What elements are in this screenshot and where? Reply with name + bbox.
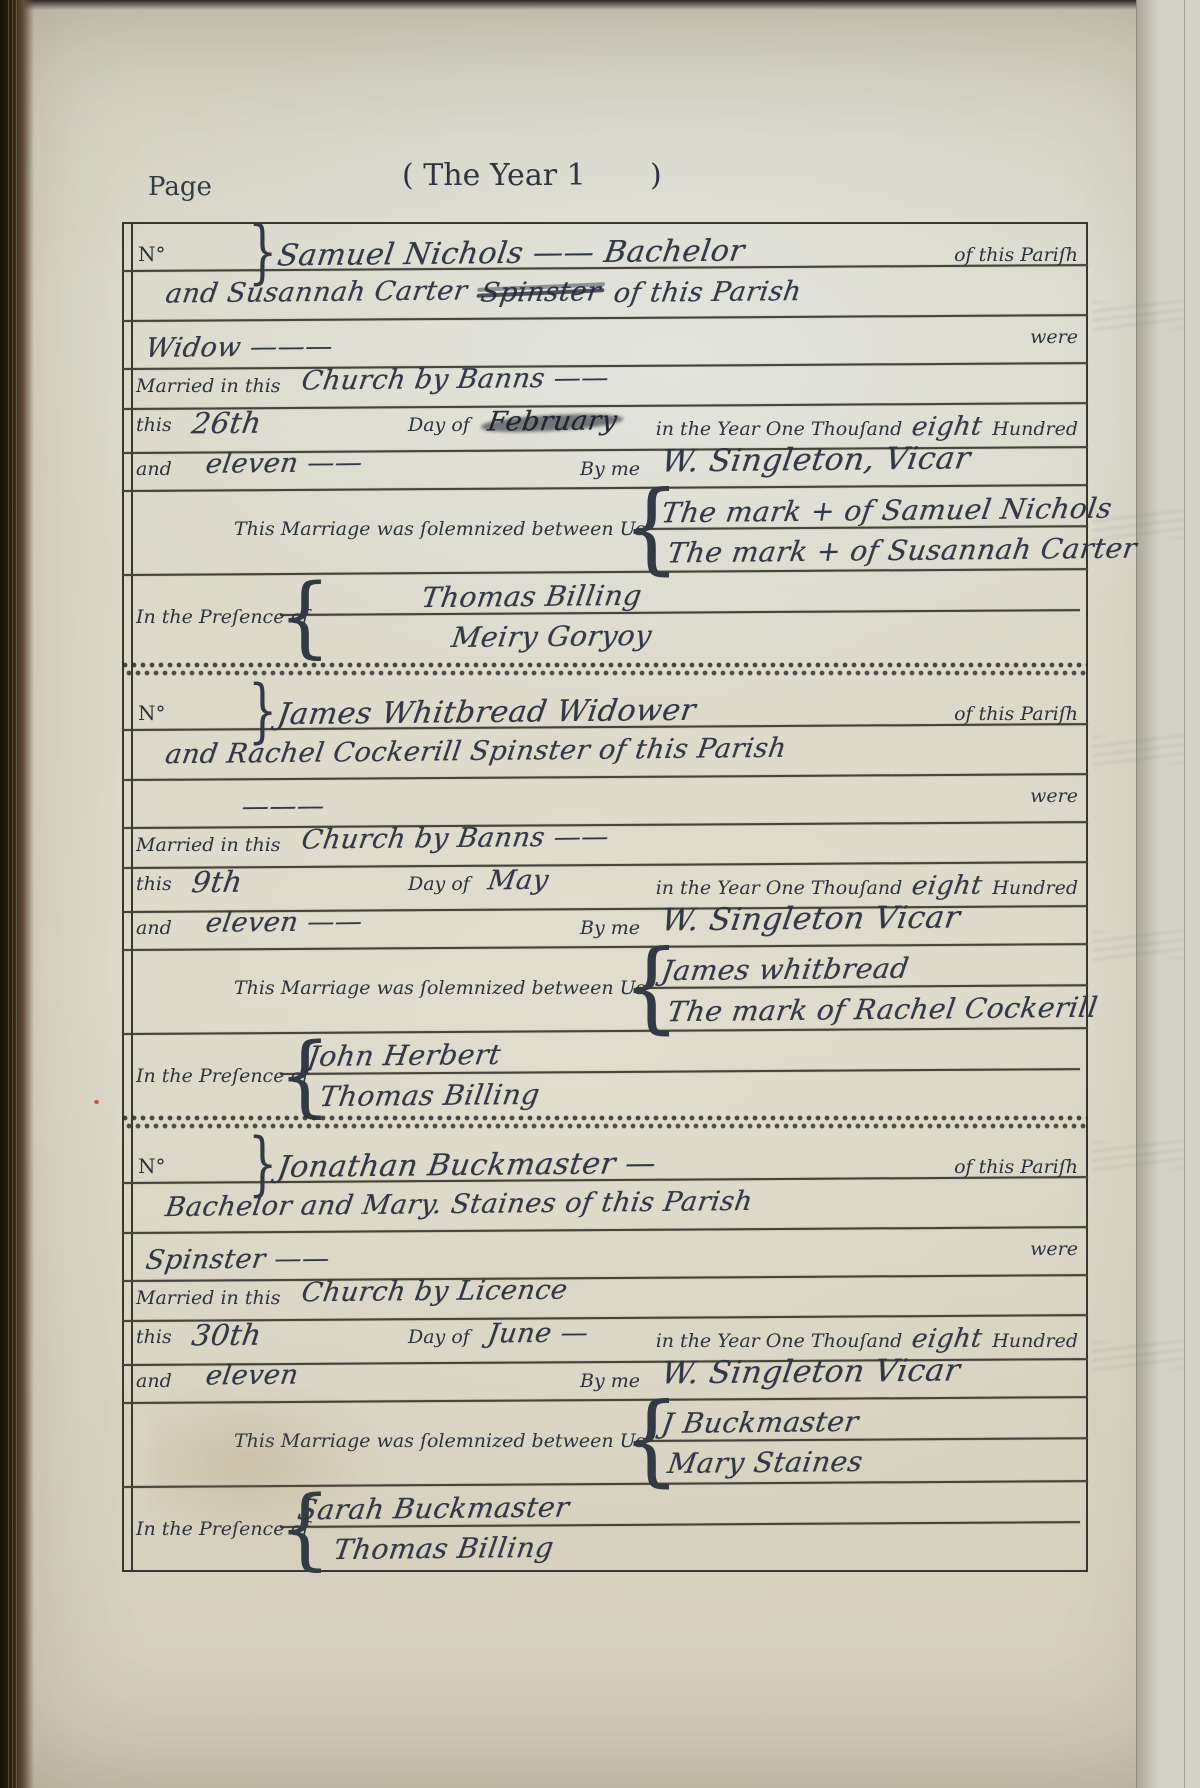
officiant-signature: W. Singleton Vicar bbox=[659, 1352, 963, 1391]
next-page-edge bbox=[1136, 0, 1200, 1788]
ruled-line bbox=[122, 568, 1088, 576]
witness-1-signature: Thomas Billing bbox=[419, 579, 644, 614]
book-top-edge bbox=[0, 0, 1200, 10]
solemnized-label: This Marriage was ſolemnized between Us bbox=[234, 518, 645, 540]
status-script: Widow ——— bbox=[144, 331, 336, 364]
ruled-line bbox=[122, 1027, 1088, 1035]
parish-label: of this Pariſh bbox=[954, 703, 1078, 725]
ink-bleed-through bbox=[1092, 928, 1185, 961]
ruled-line bbox=[122, 861, 1088, 869]
ink-bleed-through bbox=[1092, 1138, 1185, 1171]
brace: } bbox=[248, 217, 277, 286]
witness-2-signature: Meiry Goryoy bbox=[449, 619, 654, 654]
ink-bleed-through bbox=[1092, 298, 1185, 331]
eleven-script: eleven —— bbox=[204, 906, 365, 939]
officiant-signature: W. Singleton Vicar bbox=[659, 899, 963, 938]
groom-name-script: Samuel Nichols —— Bachelor bbox=[275, 234, 747, 274]
and-label: and bbox=[136, 1370, 172, 1392]
status-script: ——— bbox=[240, 791, 327, 823]
paper-stain bbox=[150, 1392, 390, 1552]
groom-signature: The mark + of Samuel Nichols bbox=[659, 492, 1114, 530]
church-by-script: Church by Banns —— bbox=[299, 821, 611, 855]
parish-script: of this Parish bbox=[612, 276, 804, 309]
were-label: were bbox=[1030, 785, 1078, 807]
bride-line: and Rachel Cockerill Spinster of this Pa… bbox=[166, 736, 786, 767]
this-label: this bbox=[136, 873, 172, 895]
and-label: and bbox=[136, 458, 172, 480]
bride-signature: The mark + of Susannah Carter bbox=[665, 532, 1139, 570]
eight-script: eight bbox=[910, 412, 985, 443]
month-script-struck: February bbox=[486, 405, 620, 437]
and-label: and bbox=[136, 917, 172, 939]
ink-bleed-through bbox=[1092, 733, 1185, 766]
entry-number-label: N° bbox=[138, 701, 166, 725]
officiant-signature: W. Singleton, Vicar bbox=[659, 440, 973, 479]
ruled-line bbox=[122, 1226, 1088, 1234]
witness-1-signature: John Herbert bbox=[305, 1038, 503, 1073]
eleven-script: eleven bbox=[204, 1360, 301, 1392]
marriage-entry-1: N° } Samuel Nichols —— Bachelor of this … bbox=[122, 222, 1088, 660]
entry-number-label: N° bbox=[138, 1154, 166, 1178]
were-label: were bbox=[1030, 326, 1078, 348]
year-title-close-paren: ) bbox=[650, 158, 662, 193]
groom-signature: J Buckmaster bbox=[659, 1405, 860, 1440]
year-line: in the Year One Thouſand eight Hundred bbox=[656, 1324, 1078, 1354]
parish-label: of this Pariſh bbox=[954, 1156, 1078, 1178]
ruled-line bbox=[122, 314, 1088, 322]
day-script: 9th bbox=[189, 865, 244, 900]
bride-name-script: Bachelor and Mary. Staines of this Paris… bbox=[163, 1186, 755, 1223]
married-in-this-label: Married in this bbox=[136, 834, 281, 856]
ink-bleed-through bbox=[1092, 1338, 1185, 1371]
ruled-line bbox=[280, 609, 1080, 616]
groom-name-script: Jonathan Buckmaster — bbox=[275, 1146, 658, 1185]
month-script: May bbox=[486, 865, 551, 897]
day-of-label: Day of bbox=[408, 873, 470, 895]
hundred-label: Hundred bbox=[992, 418, 1078, 440]
year-line: in the Year One Thouſand eight Hundred bbox=[656, 871, 1078, 901]
day-of-label: Day of bbox=[408, 1326, 470, 1348]
bride-name-script: and Rachel Cockerill Spinster of this Pa… bbox=[163, 733, 788, 770]
ruled-line bbox=[122, 484, 1088, 492]
year-line: in the Year One Thouſand eight Hundred bbox=[656, 412, 1078, 442]
bride-signature: The mark of Rachel Cockerill bbox=[665, 991, 1100, 1028]
parish-label: of this Pariſh bbox=[954, 244, 1078, 266]
marriage-entry-2: N° } James Whitbread Widower of this Par… bbox=[122, 681, 1088, 1113]
ruled-line bbox=[122, 773, 1088, 781]
day-script: 30th bbox=[189, 1318, 263, 1353]
were-label: were bbox=[1030, 1238, 1078, 1260]
ruled-line bbox=[122, 1274, 1088, 1282]
month-script: June — bbox=[486, 1317, 591, 1349]
this-label: this bbox=[136, 1326, 172, 1348]
brace: } bbox=[248, 1129, 277, 1198]
married-in-this-label: Married in this bbox=[136, 1287, 281, 1309]
hundred-label: Hundred bbox=[992, 877, 1078, 899]
church-by-script: Church by Licence bbox=[299, 1275, 569, 1309]
year-thousand-label: in the Year One Thouſand bbox=[656, 418, 903, 440]
ruled-line bbox=[122, 1314, 1088, 1322]
brace: { bbox=[278, 572, 331, 660]
bride-line: Bachelor and Mary. Staines of this Paris… bbox=[166, 1189, 752, 1220]
brace: } bbox=[248, 676, 277, 745]
eleven-script: eleven —— bbox=[204, 447, 365, 480]
book-binding-edge bbox=[0, 0, 34, 1788]
bride-signature: Mary Staines bbox=[665, 1445, 865, 1480]
register-page-photo: Page ( The Year 1 ) N° } Samuel Nichols … bbox=[0, 0, 1200, 1788]
ink-bleed-through bbox=[1092, 508, 1185, 541]
witness-2-signature: Thomas Billing bbox=[317, 1078, 542, 1113]
groom-name-script: James Whitbread Widower bbox=[275, 693, 698, 732]
ruled-line bbox=[122, 943, 1088, 951]
eight-script: eight bbox=[910, 871, 985, 902]
this-label: this bbox=[136, 414, 172, 436]
eight-script: eight bbox=[910, 1324, 985, 1355]
day-of-label: Day of bbox=[408, 414, 470, 436]
year-title: ( The Year 1 bbox=[402, 158, 586, 193]
bride-line: and Susannah Carter Spinster of this Par… bbox=[166, 277, 801, 308]
struck-word-script: Spinster bbox=[479, 276, 603, 308]
year-thousand-label: in the Year One Thouſand bbox=[656, 877, 903, 899]
year-thousand-label: in the Year One Thouſand bbox=[656, 1330, 903, 1352]
day-script: 26th bbox=[189, 406, 263, 441]
married-in-this-label: Married in this bbox=[136, 375, 281, 397]
red-speck bbox=[94, 1100, 99, 1104]
solemnized-label: This Marriage was ſolemnized between Us bbox=[234, 977, 645, 999]
church-by-script: Church by Banns —— bbox=[299, 362, 611, 396]
bride-name-script: and Susannah Carter bbox=[163, 275, 469, 309]
groom-signature: James whitbread bbox=[659, 952, 911, 988]
page-label: Page bbox=[148, 172, 212, 202]
hundred-label: Hundred bbox=[992, 1330, 1078, 1352]
entry-number-label: N° bbox=[138, 242, 166, 266]
status-script: Spinster —— bbox=[144, 1243, 332, 1276]
